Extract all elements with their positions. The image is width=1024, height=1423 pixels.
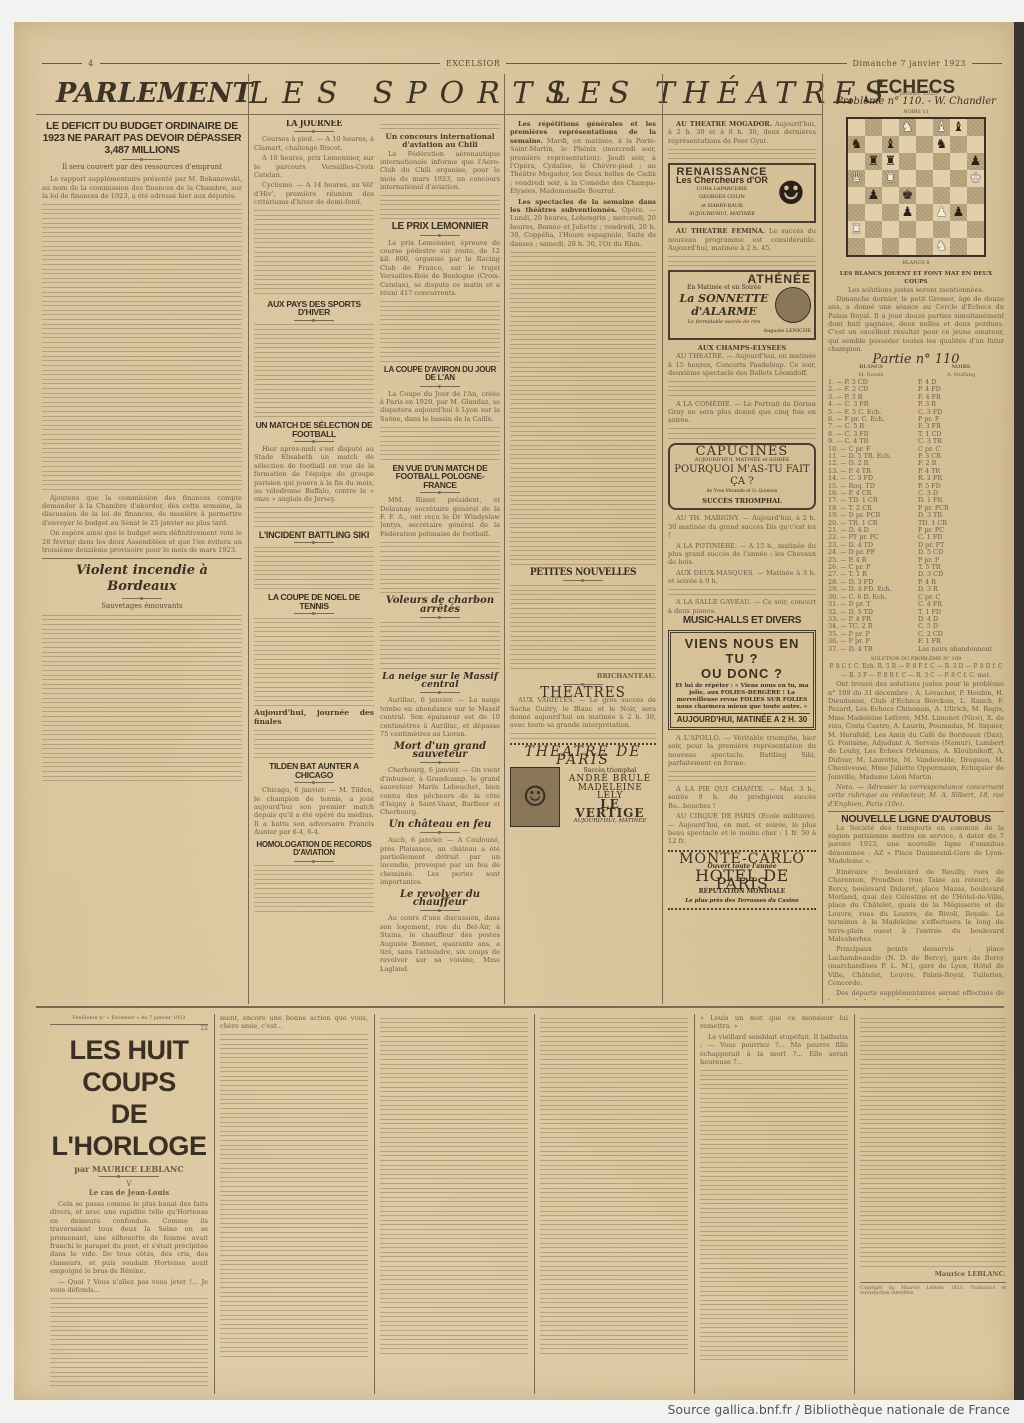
renaissance-cast: et HARRY-BAUR [673, 202, 771, 210]
chess-square: ♞ [848, 136, 865, 153]
game-move: R. 2 FR [918, 475, 1004, 482]
game-move: C. 3 FD [918, 409, 1004, 416]
journee-title: LA JOURNÉE [254, 120, 374, 128]
chess-square: ♞ [899, 119, 916, 136]
aviron-text: La Coupe du Jour de l'An, créée à Paris … [380, 390, 500, 424]
tennis-body-text [254, 618, 374, 706]
problem-title: Problème n° 110. - W. Chandler [828, 98, 1004, 106]
pologne-title: EN VUE D'UN MATCH DE FOOTBALL POLOGNE-FR… [380, 464, 500, 489]
ad-show: LE VERTIGE [564, 800, 656, 817]
chess-square [967, 119, 984, 136]
game-move: Les noirs abandonnent [918, 646, 1004, 653]
feuilleton-opening: Cela se passa comme le plus banal des fa… [50, 1200, 208, 1276]
black-header: NOIRS [918, 364, 1004, 371]
chess-square [848, 119, 865, 136]
game-move: 23. — D. 4 TD [828, 542, 914, 549]
feuilleton-column-4 [540, 1014, 688, 1394]
budget-headline: LE DEFICIT DU BUDGET ORDINAIRE DE 1923 N… [42, 120, 242, 156]
autobus-p1: La Société des transports en commun de l… [828, 824, 1004, 866]
chess-square [899, 238, 916, 255]
noirs-label: NOIRS 11 [829, 108, 1003, 116]
feuilleton-column-3 [380, 1014, 528, 1394]
folies-line2: OU DONC ? [674, 666, 810, 681]
black-pawn-icon: ♟ [953, 206, 965, 219]
champs-title: AUX CHAMPS-ELYSEES [668, 344, 816, 352]
sauveteur-title: Mort d'un grand sauveteur [380, 743, 500, 760]
tennis-title: LA COUPE DE NOEL DE TENNIS [254, 593, 374, 610]
game-move: T. 1 FD [918, 609, 1004, 616]
chess-square [933, 170, 950, 187]
capucines-show: POURQUOI M'AS-TU FAIT ÇA ? [673, 464, 811, 488]
theatres-title: THEATRES [510, 688, 656, 696]
feuilleton-author: par MAURICE LEBLANC [50, 1165, 208, 1173]
chess-square: ♝ [950, 119, 967, 136]
journee-line: Cyclisme. — A 14 heures, au Vél' d'Hiv',… [254, 181, 374, 206]
game-move: 31. — D pr. T [828, 601, 914, 608]
petites-nouvelles-text [510, 585, 656, 669]
renaissance-ad[interactable]: RENAISSANCE Les Chercheurs d'OR CORA LAP… [668, 163, 816, 223]
chess-square [950, 187, 967, 204]
game-move: C. 3 D [918, 490, 1004, 497]
charbon-title: Voleurs de charbon arrêtés [380, 597, 500, 614]
game-move: 1. — P. 3 CD [828, 379, 914, 386]
game-move: P. 4 R [918, 579, 1004, 586]
chess-square: ♛ [848, 170, 865, 187]
comedie-text: A LA COMÉDIE. — Le Portrait de Dorian Gr… [668, 400, 816, 425]
aviation-chili-text: La Fédération aéronautique international… [380, 150, 500, 192]
chess-square [882, 187, 899, 204]
game-move: D pr. PT [918, 542, 1004, 549]
chess-square [882, 119, 899, 136]
problem-instruction: LES BLANCS JOUENT ET FONT MAT EN DEUX CO… [828, 270, 1004, 287]
game-move: 8. — C. 3 FR [828, 431, 914, 438]
theatre-de-paris-venue: THEATRE DE PARIS [510, 748, 656, 765]
game-move: 24. — D pr. PF [828, 549, 914, 556]
autobus-p4: Des départs supplémentaires seront effec… [828, 989, 1004, 1000]
monte-carlo-reputation: RÉPUTATION MONDIALE [668, 888, 816, 896]
white-queen-icon: ♛ [851, 172, 863, 185]
neige-title: La neige sur le Massif central [380, 673, 500, 690]
repetitions-text: Mardi, en matinée, à la Porte-Saint-Mart… [510, 137, 656, 195]
game-move: P pr. PCR [918, 505, 1004, 512]
black-bishop-icon: ♝ [885, 138, 897, 151]
partie-title: Partie n° 110 [828, 356, 1004, 364]
game-move: C. 3 TR [918, 438, 1004, 445]
game-move: T. 1 CD [918, 431, 1004, 438]
athenee-actor: Auguste LENICHE [673, 327, 811, 335]
chess-square [916, 170, 933, 187]
white-knight-icon: ♞ [936, 240, 948, 253]
game-move: 37. — D. 4 TR [828, 646, 914, 653]
journee-line: Courses à pied. — A 10 heures, à Clamart… [254, 135, 374, 152]
champs-text: AU THEATRE. — Aujourd'hui, en matinée à … [668, 352, 816, 377]
game-move: P. 3 CR [918, 453, 1004, 460]
game-move: P pr. PC [918, 527, 1004, 534]
chapter-title: Le cas de Jean-Louis [50, 1189, 208, 1197]
chess-square [950, 238, 967, 255]
chess-square: ♚ [967, 170, 984, 187]
game-move: 29. — D. 4 FD. Ech. [828, 586, 914, 593]
white-king-icon: ♚ [970, 172, 982, 185]
feuilleton-column-6: Maurice LEBLANC. Copyright by Maurice Le… [860, 1014, 1006, 1394]
revolver-title: Le revolver du chauffeur [380, 891, 500, 908]
aviation-chili-title: Un concours international d'aviation au … [380, 133, 500, 150]
game-move: 10. — C pr. F [828, 446, 914, 453]
feuilleton-title-line1: LES HUIT COUPS [50, 1034, 208, 1098]
sports-column-a: LA JOURNÉE Courses à pied. — A 10 heures… [254, 120, 374, 1000]
game-move: F. 2 R [918, 460, 1004, 467]
game-move: 27. — T. 1 R [828, 571, 914, 578]
athenee-show: La SONNETTE d'ALARME [673, 292, 775, 318]
game-move: D. 3 CD [918, 571, 1004, 578]
chess-square: ♞ [933, 238, 950, 255]
folies-bergere-ad[interactable]: VIENS NOUS EN TU ? OU DONC ? Et lui de r… [668, 630, 816, 730]
problem-note: Les solutions justes seront mentionnées. [828, 286, 1004, 294]
chess-square: ♟ [950, 204, 967, 221]
deux-masques-text: AUX DEUX-MASQUES. — Matinée à 3 h. et so… [668, 569, 816, 586]
game-move: 35. — P pr. P [828, 631, 914, 638]
chess-square [916, 238, 933, 255]
game-move: 33. — P. 4 FR [828, 616, 914, 623]
black-knight-icon: ♞ [851, 138, 863, 151]
game-move: F. 4 FR [918, 394, 1004, 401]
chateau-title: Un château en feu [380, 821, 500, 829]
capucines-ad[interactable]: CAPUCINES AUJOURD'HUI, MATINÉE et SOIRÉE… [668, 443, 816, 511]
theatre-de-paris-ad[interactable]: THEATRE DE PARIS ☺ Succès triomphal ANDR… [510, 743, 656, 830]
aviron-title: LA COUPE D'AVIRON DU JOUR DE L'AN [380, 366, 500, 383]
game-move: 4. — C. 3 FR [828, 401, 914, 408]
game-move: D. 3 TR [918, 512, 1004, 519]
hiver-body-text [254, 324, 374, 417]
game-move: 14. — C. 3 FD [828, 475, 914, 482]
siki-title: L'INCIDENT BATTLING SIKI [254, 531, 374, 539]
chess-square [882, 221, 899, 238]
fire-headline: Violent incendie à Bordeaux [42, 563, 242, 595]
cirque-text: AU CIRQUE DE PARIS (Ecole militaire). — … [668, 812, 816, 846]
chess-square [848, 238, 865, 255]
black-pawn-icon: ♟ [970, 155, 982, 168]
game-move: C pr. C [918, 594, 1004, 601]
chess-square [950, 136, 967, 153]
autobus-p3: Principaux points desservis : place Lach… [828, 945, 1004, 987]
chess-square [848, 187, 865, 204]
chess-square [967, 204, 984, 221]
lemonnier-title: LE PRIX LEMONNIER [380, 223, 500, 231]
chess-square: ♝ [882, 136, 899, 153]
game-move: 2. — F. 2 CD [828, 386, 914, 393]
monte-carlo-ad[interactable]: MONTE-CARLO Ouvert toute l'année HOTEL D… [668, 850, 816, 910]
game-move: D. 4 D [918, 616, 1004, 623]
game-move: C. 1 FD [918, 534, 1004, 541]
game-move: 20. — TR. 1 CR [828, 520, 914, 527]
game-move: F. 3 FR [918, 423, 1004, 430]
game-move: 34. — TC. 2 R [828, 623, 914, 630]
chess-square [865, 238, 882, 255]
game-move: 6. — F pr. C. Ech. [828, 416, 914, 423]
folies-line1: VIENS NOUS EN TU ? [674, 636, 810, 666]
game-move: 18. — T. 2 CR [828, 505, 914, 512]
blancs-label: BLANCS 8 [830, 259, 1002, 267]
capucines-status: SUCCÈS TRIOMPHAL [673, 497, 811, 505]
white-knight-icon: ♞ [902, 121, 914, 134]
pie-qui-chante-text: A LA PIE QUI CHANTE. — Mat. 3 h., soirée… [668, 785, 816, 810]
chateau-text: Auch, 6 janvier. — A Coulouné, près Plai… [380, 836, 500, 886]
chess-square [865, 170, 882, 187]
athenee-tagline: Le formidable succès de rire [673, 318, 775, 326]
chess-square: ♜ [882, 153, 899, 170]
chess-square [916, 187, 933, 204]
black-bishop-icon: ♝ [953, 121, 965, 134]
issue-date: Dimanche 7 janvier 1923 [853, 59, 966, 68]
capucines-authors: de Yves Mirande et G. Quinson [673, 488, 811, 496]
game-move: 12. — D. 2 R [828, 460, 914, 467]
varietes-text: AUX VARIÉTÉS. — Le gros succès de Sacha … [510, 696, 656, 730]
petites-nouvelles-title: PETITES NOUVELLES [510, 569, 656, 577]
gaveau-text: A LA SALLE GAVEAU. — Ce soir, concert à … [668, 598, 816, 615]
chess-square: ♟ [899, 204, 916, 221]
newspaper-page: 4 EXCELSIOR Dimanche 7 janvier 1923 PARL… [14, 22, 1014, 1400]
book-spine [1014, 22, 1024, 1400]
white-player: M. Rossin [828, 372, 914, 379]
femina-title: AU THEATRE FEMINA. [676, 227, 765, 235]
autobus-p2: Itinéraire : boulevard de Reuilly, rues … [828, 868, 1004, 944]
tilden-title: TILDEN BAT AUNTER A CHICAGO [254, 762, 374, 779]
selection-title: UN MATCH DE SÉLECTION DE FOOTBALL [254, 421, 374, 438]
chess-square [967, 221, 984, 238]
chess-square [967, 238, 984, 255]
game-move: P pr. P [918, 557, 1004, 564]
feuilleton-column-5: « Louis un mot que ce monsieur lui remet… [700, 1014, 848, 1394]
sports-column-b: Un concours international d'aviation au … [380, 120, 500, 1000]
game-move: 21. — D. 4 D [828, 527, 914, 534]
game-move: TD. 1 CR [918, 520, 1004, 527]
game-move: P pr. F [918, 416, 1004, 423]
chess-square [916, 136, 933, 153]
game-move: P. 4 TR [918, 468, 1004, 475]
tilden-text: Chicago, 6 janvier. — M. Tilden, le cham… [254, 786, 374, 836]
game-move: 26. — C pr. P [828, 564, 914, 571]
game-move: D. 3 R [918, 586, 1004, 593]
chess-square: ♞ [933, 136, 950, 153]
chess-square: ♜ [882, 170, 899, 187]
chess-square [916, 153, 933, 170]
feuilleton-col5-start: « Louis un mot que ce monsieur lui remet… [700, 1014, 848, 1031]
chess-diagram: ♞♝♝♞♝♞♜♜♟♛♜♚♟♚♟♟♟♜♞ [846, 117, 986, 257]
solution-title: SOLUTION DU PROBLÈME N° 109 [828, 655, 1004, 663]
chess-square [899, 136, 916, 153]
game-move: 19. — D pr. PCR [828, 512, 914, 519]
chess-square: ♜ [848, 221, 865, 238]
chess-square [865, 136, 882, 153]
chess-square [950, 221, 967, 238]
game-move: 13. — P. 4 TR [828, 468, 914, 475]
renaissance-show: Les Chercheurs d'OR [673, 176, 771, 184]
white-header: BLANCS [828, 364, 914, 371]
black-king-icon: ♚ [902, 189, 914, 202]
monte-carlo-tagline: Le plus près des Terrasses du Casino [668, 897, 816, 905]
chess-square [950, 153, 967, 170]
feuilleton-dialogue: — Quoi ? Vous n'allez pas vous jeter !..… [50, 1278, 208, 1295]
game-move: 11. — D. 5 TR. Ech. [828, 453, 914, 460]
budget-body-text [42, 204, 242, 490]
game-move: D. 1 FR [918, 497, 1004, 504]
neige-text: Aurillac, 6 janvier. — La neige tombe en… [380, 696, 500, 738]
potiniere-text: A LA POTINIÈRE. — A 15 h., matinée du pl… [668, 542, 816, 567]
chess-square [933, 187, 950, 204]
game-move: P. 3 R [918, 401, 1004, 408]
theatres-listings-text [510, 252, 656, 565]
chess-square: ♜ [865, 153, 882, 170]
journee-body-text [254, 210, 374, 294]
chess-square: ♟ [865, 187, 882, 204]
game-move: F. 1 FR [918, 638, 1004, 645]
actor-portrait [775, 287, 811, 323]
black-rook-icon: ♜ [868, 155, 880, 168]
game-move: P. 4 D [918, 379, 1004, 386]
game-move: 7. — C. 5 R [828, 423, 914, 430]
athenee-venue: ATHÉNÉE [673, 275, 811, 283]
fire-body-text [42, 615, 242, 781]
white-rook-icon: ♜ [885, 172, 897, 185]
game-move: T. 5 TR [918, 564, 1004, 571]
game-move: 25. — P. 4 R [828, 557, 914, 564]
chess-square [916, 119, 933, 136]
white-pawn-icon: ♟ [936, 206, 948, 219]
siki-body-text [254, 547, 374, 589]
athenee-line1: En Matinée et en Soirée [673, 284, 775, 292]
black-knight-icon: ♞ [936, 138, 948, 151]
chess-square [899, 170, 916, 187]
feuilleton-copyright: Copyright by Maurice Leblanc 1923. Tradu… [860, 1286, 1006, 1297]
chess-square: ♟ [933, 204, 950, 221]
chess-square [865, 204, 882, 221]
game-move: P. 5 FD [918, 483, 1004, 490]
game-move: D. 5 CD [918, 549, 1004, 556]
athenee-ad[interactable]: ATHÉNÉE En Matinée et en Soirée La SONNE… [668, 270, 816, 340]
black-pawn-icon: ♟ [868, 189, 880, 202]
hiver-title: AUX PAYS DES SPORTS D'HIVER [254, 300, 374, 317]
game-move: 3. — P. 3 R [828, 394, 914, 401]
chess-square: ♝ [933, 119, 950, 136]
chess-square [848, 204, 865, 221]
chess-square [899, 153, 916, 170]
game-move: 15. — Roq. TD [828, 483, 914, 490]
chess-square [967, 136, 984, 153]
ad-note: AUJOURD'HUI, MATINÉE [564, 817, 656, 825]
game-move: 30. — C. 6 D. Ech. [828, 594, 914, 601]
page-number: 4 [88, 59, 94, 68]
solution-text: P. 8 C f. C. Ech. R. 5 R — P. 8 F f. C —… [828, 663, 1004, 680]
petites-signature: BRICHANTEAU. [510, 672, 656, 680]
white-rook-icon: ♜ [851, 223, 863, 236]
budget-closing-2: On espère ainsi que le budget sera défin… [42, 529, 242, 554]
game-move: 22. — PT pr. PC [828, 534, 914, 541]
black-rook-icon: ♜ [885, 155, 897, 168]
budget-closing-1: Ajoutons que la commission des finances … [42, 494, 242, 528]
chess-square [916, 221, 933, 238]
game-move: 16. — P. 4 CR [828, 490, 914, 497]
monte-carlo-city: MONTE-CARLO [668, 855, 816, 863]
section-parlement: PARLEMENT [56, 74, 253, 114]
source-credit: Source gallica.bnf.fr / Bibliothèque nat… [667, 1402, 1010, 1417]
budget-intro: Le rapport supplémentaire présenté par M… [42, 175, 242, 200]
journee-line: A 10 heures, prix Lemonnier, sur le parc… [254, 154, 374, 179]
paper-name: EXCELSIOR [446, 59, 500, 68]
game-move: C. 4 FR [918, 601, 1004, 608]
folies-footer: AUJOURD'HUI, MATINÉE A 2 H. 30 [674, 713, 810, 724]
homologation-title: HOMOLOGATION DE RECORDS D'AVIATION [254, 841, 374, 858]
selection-text: Hier après-midi s'est disputé au Stade E… [254, 445, 374, 504]
folio-line: 4 EXCELSIOR Dimanche 7 janvier 1923 [42, 56, 1002, 70]
game-move: 36. — P pr. P [828, 638, 914, 645]
chess-square: ♟ [967, 153, 984, 170]
game-moves-list: 1. — P. 3 CDP. 4 D2. — F. 2 CDP. 4 FD3. … [828, 379, 1004, 653]
folies-body: Et lui de répéter : « Viens nous en tu, … [674, 683, 810, 711]
chess-square: ♚ [899, 187, 916, 204]
chess-square [933, 221, 950, 238]
feuilleton-column-1: Feuilleton n° « Excelsior » du 7 janvier… [50, 1014, 208, 1394]
section-sports: LES SPORTS [249, 74, 579, 114]
parlement-column: LE DEFICIT DU BUDGET ORDINAIRE DE 1923 N… [42, 120, 242, 1000]
chess-square [950, 170, 967, 187]
game-move: 28. — D. 3 FD [828, 579, 914, 586]
solvers-list: Ont trouvé des solutions justes pour le … [828, 680, 1004, 781]
echecs-nota: Nota. — Adresser la correspondance conce… [828, 783, 1004, 808]
echecs-column: 7 janvier 1923 Problème n° 110. - W. Cha… [828, 90, 1004, 1000]
white-bishop-icon: ♝ [936, 121, 948, 134]
game-move: C. 2 CD [918, 631, 1004, 638]
game-move: 17. — TD. 1 CR [828, 497, 914, 504]
finales-title: Aujourd'hui, journée des finales [254, 709, 374, 726]
feuilleton-signature: Maurice LEBLANC. [860, 1270, 1006, 1278]
game-move: C pr. C [918, 446, 1004, 453]
chess-square [848, 153, 865, 170]
gromer-text: Dimanche dernier, le petit Gromer, âgé d… [828, 295, 1004, 354]
feuilleton-col5-text: Le vieillard semblait stupéfait. Il balb… [700, 1033, 848, 1067]
black-pawn-icon: ♟ [902, 206, 914, 219]
sauveteur-text: Cherbourg, 6 janvier. — On vient d'inhum… [380, 766, 500, 816]
pologne-text: MM. Rimet président, et Delaunay secréta… [380, 496, 500, 538]
actor-portrait: ☺ [510, 767, 560, 827]
theatres-column-b: AU THEATRE MOGADOR. Aujourd'hui, à 2 h. … [668, 120, 816, 1000]
feuilleton-number: 22 [50, 1025, 208, 1033]
feuilleton-title-line2: DE L'HORLOGE [50, 1098, 208, 1162]
black-player: A. Muffang [918, 372, 1004, 379]
chess-square [916, 204, 933, 221]
chess-square [967, 187, 984, 204]
capucines-when: AUJOURD'HUI, MATINÉE et SOIRÉE [673, 456, 811, 464]
feuilleton-header: Feuilleton n° « Excelsior » du 7 janvier… [50, 1014, 208, 1025]
monte-carlo-hotel: HOTEL DE PARIS [668, 872, 816, 889]
chess-square [865, 119, 882, 136]
theatres-column-a: Les répétitions générales et les premièr… [510, 120, 656, 1000]
chess-square [933, 153, 950, 170]
music-halls-title: MUSIC-HALLS ET DIVERS [668, 617, 816, 625]
chess-square [865, 221, 882, 238]
renaissance-note: AUJOURD'HUI, MATINÉE [673, 210, 771, 218]
renaissance-cast: CORA LAPARCERIE [673, 185, 771, 193]
feuilleton-col2-start: ment, encore une bonne action que vous, … [220, 1014, 368, 1031]
game-move: C. 5 D [918, 623, 1004, 630]
marigny-text: AU TH. MARIGNY. — Aujourd'hui, à 2 h. 30… [668, 514, 816, 539]
autobus-title: NOUVELLE LIGNE D'AUTOBUS [828, 815, 1004, 823]
budget-subhead: Il sera couvert par des ressources d'emp… [42, 163, 242, 171]
renaissance-cast: GEORGES COLIN [673, 193, 771, 201]
game-move: 9. — C. 4 TR [828, 438, 914, 445]
lemonnier-text: Le prix Lemonnier, épreuve de course péd… [380, 239, 500, 298]
capucines-venue: CAPUCINES [673, 448, 811, 456]
apollo-text: A L'APOLLO. — Véritable triomphe, hier s… [668, 734, 816, 768]
